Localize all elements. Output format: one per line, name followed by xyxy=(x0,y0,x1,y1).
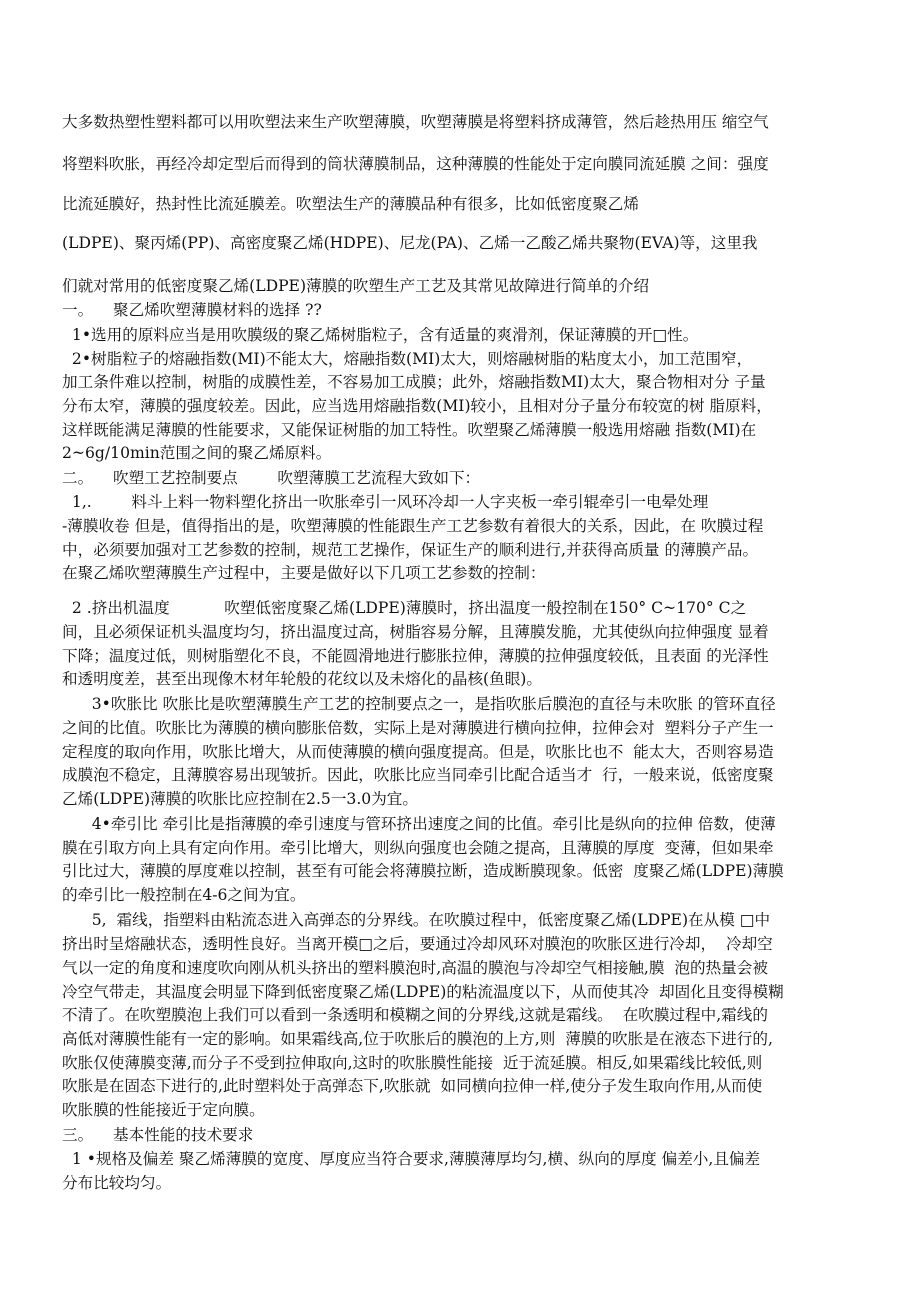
text-line: 吹胀是在固态下进行的,此时塑料处于高弹态下,吹胀就 如同横向拉伸一样,使分子发生… xyxy=(62,1076,862,1096)
text-line: 膜在引取方向上具有定向作用。牵引比增大，则纵向强度也会随之提高，且薄膜的厚度 变… xyxy=(62,838,862,858)
text-line: 三。 基本性能的技术要求 xyxy=(62,1125,862,1145)
text-line: 1•选用的原料应当是用吹膜级的聚乙烯树脂粒子，含有适量的爽滑剂，保证薄膜的开□性… xyxy=(62,325,862,345)
text-line: 二。 吹塑工艺控制要点 吹塑薄膜工艺流程大致如下： xyxy=(62,468,862,488)
text-line: 中，必须要加强对工艺参数的控制，规范工艺操作，保证生产的顺利进行,并获得高质量 … xyxy=(62,540,862,560)
text-line: 2 .挤出机温度 吹塑低密度聚乙烯(LDPE)薄膜时，挤出温度一般控制在150°… xyxy=(62,598,862,618)
text-line: 吹胀仅使薄膜变薄,而分子不受到拉伸取向,这时的吹胀膜性能接 近于流延膜。相反,如… xyxy=(62,1053,862,1073)
text-line: 挤出时呈熔融状态，透明性良好。当离开模□之后，要通过冷却风环对膜泡的吹胀区进行冷… xyxy=(62,934,862,954)
text-line: 1,. 料斗上料一物料塑化挤出一吹胀牵引一风环冷却一人字夹板一牵引辊牵引一电晕处… xyxy=(62,492,862,512)
text-line: 定程度的取向作用，吹胀比增大，从而使薄膜的横向强度提高。但是，吹胀比也不 能太大… xyxy=(62,742,862,762)
text-line: 气以一定的角度和速度吹向刚从机头挤出的塑料膜泡时,高温的膜泡与冷却空气相接触,膜… xyxy=(62,958,862,978)
text-line: 大多数热塑性塑料都可以用吹塑法来生产吹塑薄膜，吹塑薄膜是将塑料挤成薄管，然后趁热… xyxy=(62,112,862,132)
text-line: 5, 霜线，指塑料由粘流态进入高弹态的分界线。在吹膜过程中，低密度聚乙烯(LDP… xyxy=(62,910,862,930)
text-line: (LDPE)、聚丙烯(PP)、高密度聚乙烯(HDPE)、尼龙(PA)、乙烯一乙酸… xyxy=(62,233,862,253)
text-line: 分布太窄，薄膜的强度较差。因此，应当选用熔融指数(MI)较小，且相对分子量分布较… xyxy=(62,396,862,416)
text-line: 之间的比值。吹胀比为薄膜的横向膨胀倍数，实际上是对薄膜进行横向拉伸，拉伸会对 塑… xyxy=(62,718,862,738)
text-line: 将塑料吹胀，再经冷却定型后而得到的筒状薄膜制品，这种薄膜的性能处于定向膜同流延膜… xyxy=(62,154,862,174)
text-line: 在聚乙烯吹塑薄膜生产过程中，主要是做好以下几项工艺参数的控制： xyxy=(62,563,862,583)
text-line: 们就对常用的低密度聚乙烯(LDPE)薄膜的吹塑生产工艺及其常见故障进行简单的介绍 xyxy=(62,276,862,296)
text-line: 成膜泡不稳定，且薄膜容易出现皱折。因此，吹胀比应当同牵引比配合适当才 行，一般来… xyxy=(62,765,862,785)
text-line: 3•吹胀比 吹胀比是吹塑薄膜生产工艺的控制要点之一，是指吹胀后膜泡的直径与未吹胀… xyxy=(62,694,862,714)
text-line: 乙烯(LDPE)薄膜的吹胀比应控制在2.5一3.0为宜。 xyxy=(62,789,862,809)
text-line: 引比过大，薄膜的厚度难以控制，甚至有可能会将薄膜拉断，造成断膜现象。低密 度聚乙… xyxy=(62,861,862,881)
text-line: 的牵引比一般控制在4-6之间为宜。 xyxy=(62,885,862,905)
text-line: 下降；温度过低，则树脂塑化不良，不能圆滑地进行膨胀拉伸，薄膜的拉伸强度较低，且表… xyxy=(62,646,862,666)
document-page: 大多数热塑性塑料都可以用吹塑法来生产吹塑薄膜，吹塑薄膜是将塑料挤成薄管，然后趁热… xyxy=(0,0,920,1302)
text-line: 比流延膜好，热封性比流延膜差。吹塑法生产的薄膜品种有很多，比如低密度聚乙烯 xyxy=(62,194,862,214)
text-line: 一。 聚乙烯吹塑薄膜材料的选择 ?? xyxy=(62,300,862,320)
text-line: 高低对薄膜性能有一定的影响。如果霜线高,位于吹胀后的膜泡的上方,则 薄膜的吹胀是… xyxy=(62,1029,862,1049)
text-line: 这样既能满足薄膜的性能要求，又能保证树脂的加工特性。吹塑聚乙烯薄膜一般选用熔融 … xyxy=(62,420,862,440)
text-line: 加工条件难以控制，树脂的成膜性差，不容易加工成膜；此外，熔融指数MI)太大，聚合… xyxy=(62,372,862,392)
text-line: 不清了。在吹塑膜泡上我们可以看到一条透明和模糊之间的分界线,这就是霜线。 在吹膜… xyxy=(62,1005,862,1025)
text-line: 1 •规格及偏差 聚乙烯薄膜的宽度、厚度应当符合要求,薄膜薄厚均匀,横、纵向的厚… xyxy=(62,1149,862,1169)
text-line: 2•树脂粒子的熔融指数(MI)不能太大，熔融指数(MI)太大，则熔融树脂的粘度太… xyxy=(62,349,862,369)
text-line: 分布比较均匀。 xyxy=(62,1173,862,1193)
text-line: 间，且必须保证机头温度均匀，挤出温度过高，树脂容易分解，且薄膜发脆，尤其使纵向拉… xyxy=(62,622,862,642)
text-line: 吹胀膜的性能接近于定向膜。 xyxy=(62,1100,862,1120)
text-line: 4•牵引比 牵引比是指薄膜的牵引速度与管环挤出速度之间的比值。牵引比是纵向的拉伸… xyxy=(62,814,862,834)
text-line: 2~6g/10min范围之间的聚乙烯原料。 xyxy=(62,443,862,463)
text-line: 和透明度差，甚至出现像木材年轮般的花纹以及未熔化的晶核(鱼眼)。 xyxy=(62,669,862,689)
text-line: 冷空气带走，其温度会明显下降到低密度聚乙烯(LDPE)的粘流温度以下，从而使其冷… xyxy=(62,982,862,1002)
text-line: -薄膜收卷 但是，值得指出的是，吹塑薄膜的性能跟生产工艺参数有着很大的关系，因此… xyxy=(62,516,862,536)
